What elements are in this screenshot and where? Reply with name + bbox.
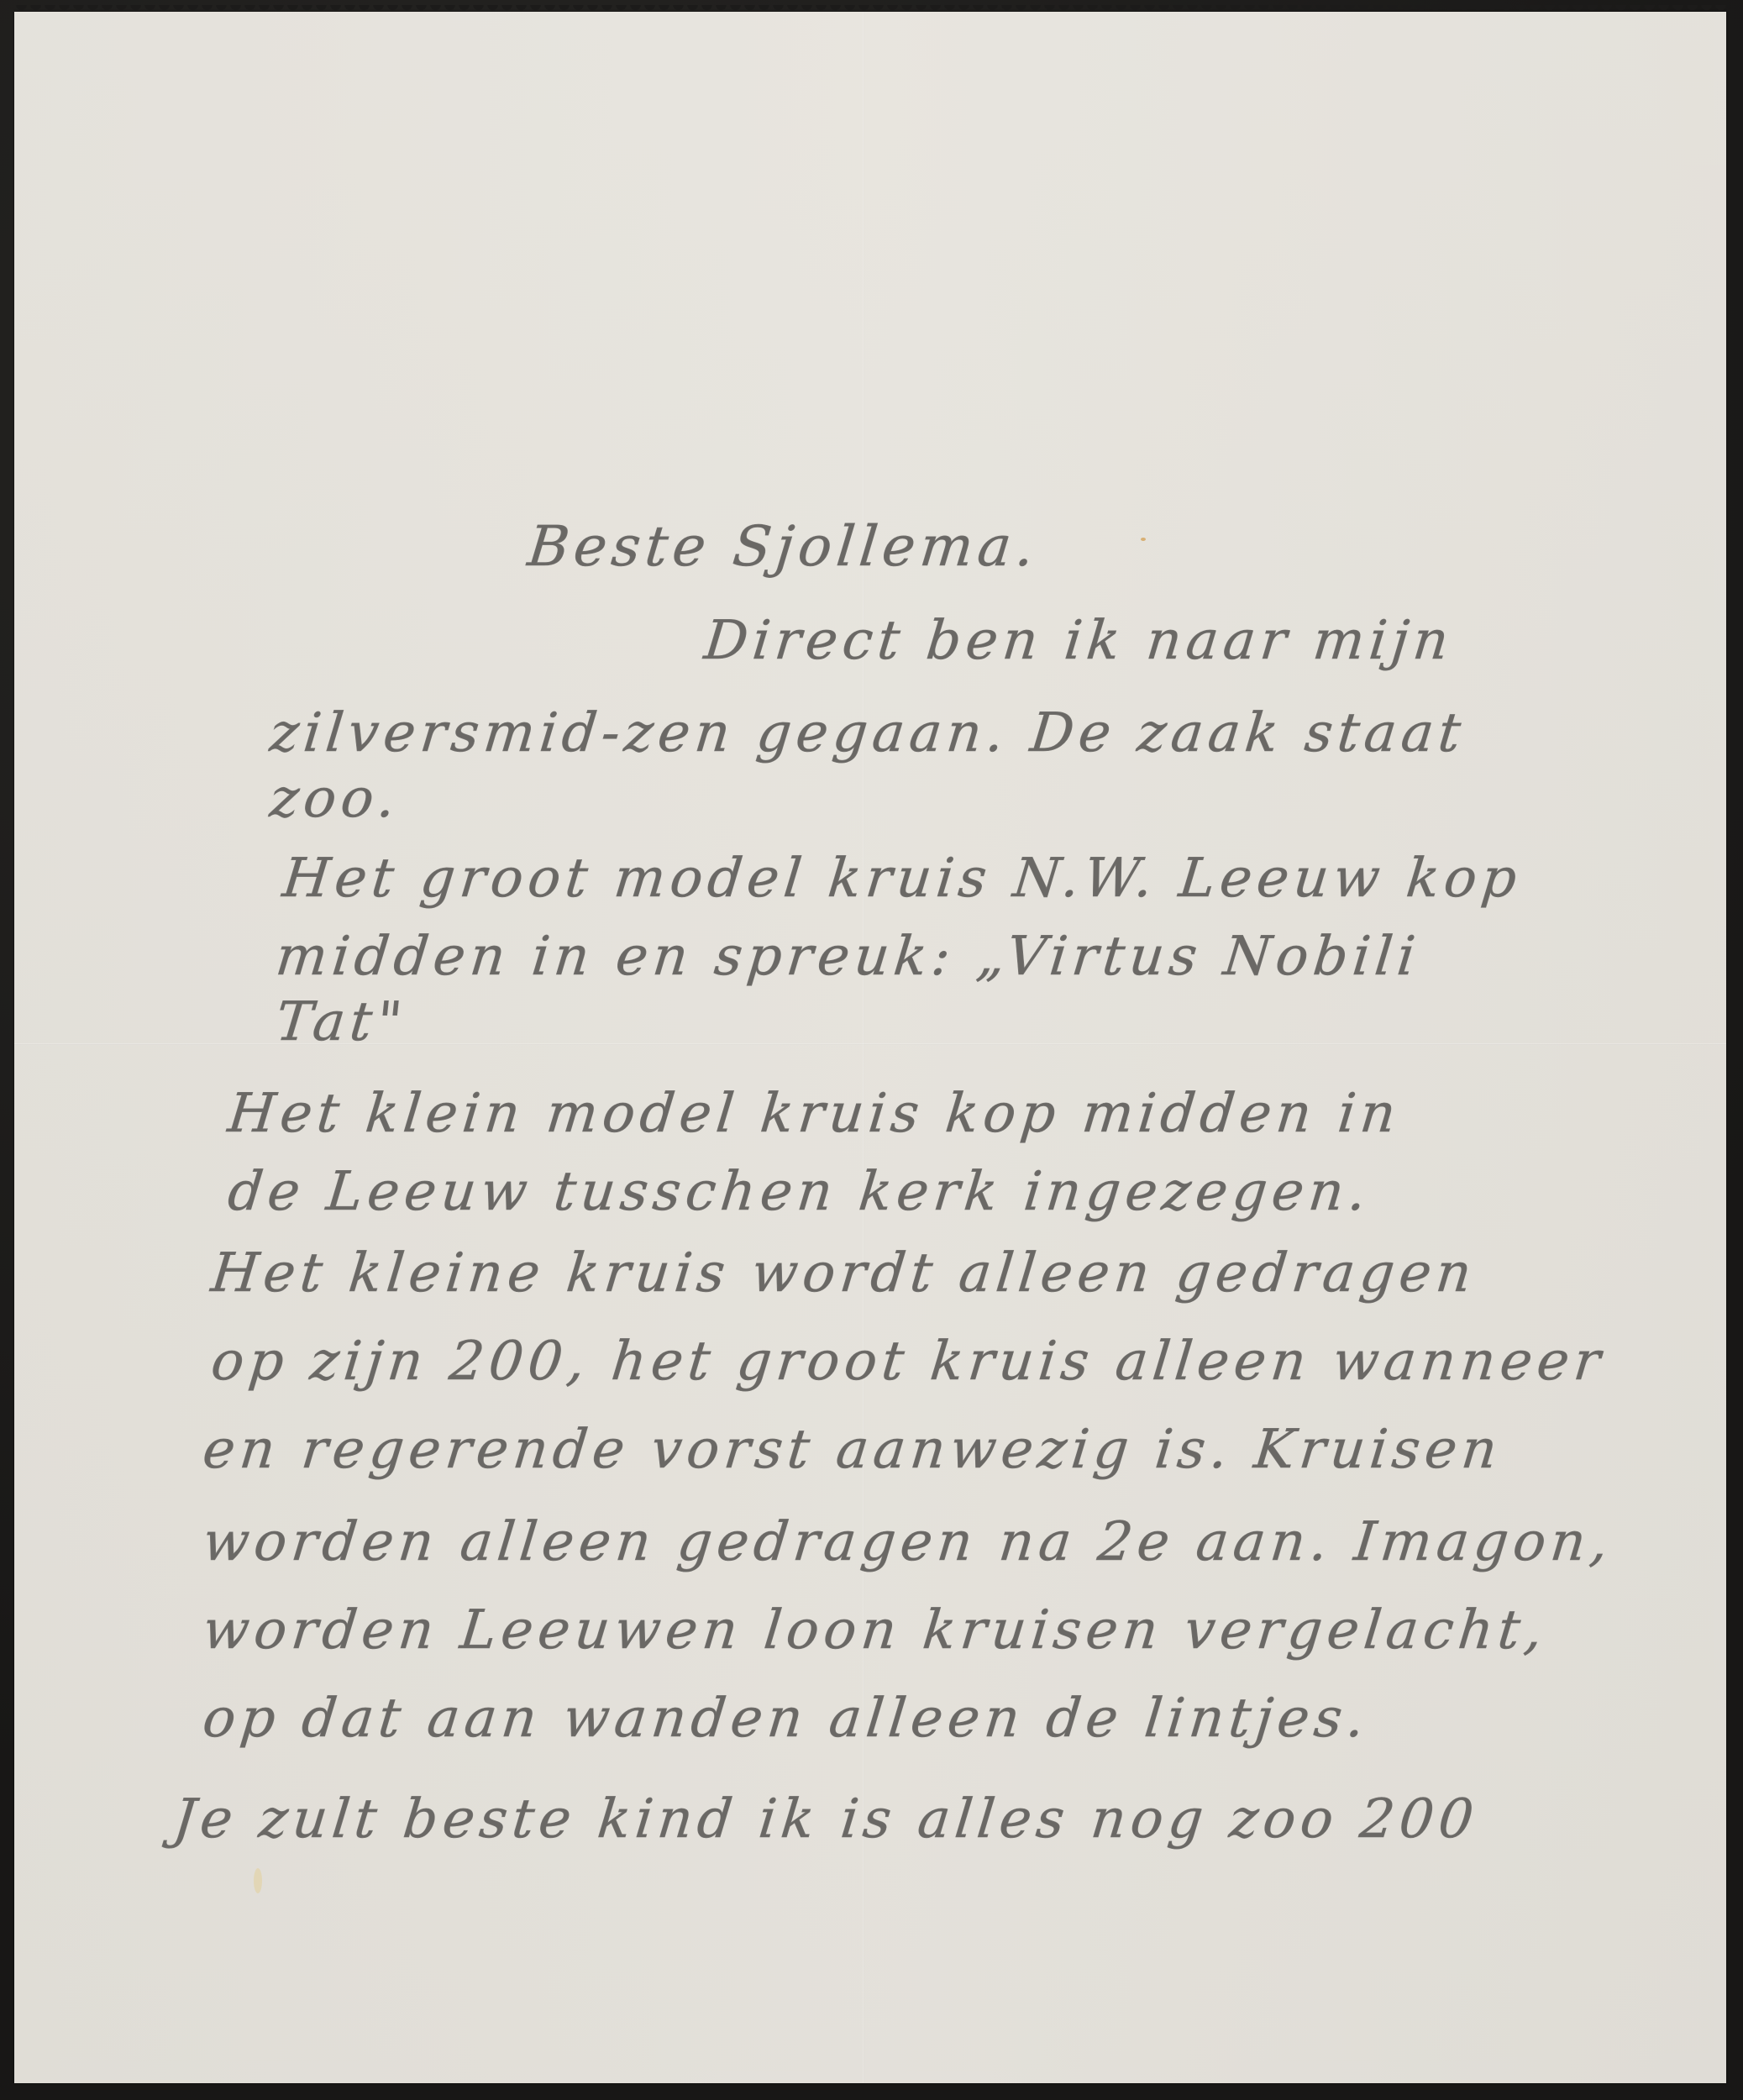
letter-line-4: Het groot model kruis N.W. Leeuw kop [280,848,1525,910]
vertical-fold [863,12,864,2083]
letter-line-10: op zijn 200, het groot kruis alleen wann… [208,1331,1608,1393]
perforated-edge [14,5,1726,18]
letter-line-1: Direct ben ik naar mijn [701,610,1457,672]
letter-line-12: worden alleen gedragen na 2e aan. Imagon… [200,1511,1616,1573]
letter-line-15: Je zult beste kind ik is alles nog zoo 2… [171,1788,1481,1851]
letter-line-2: zilversmid-zen gegaan. De zaak staat [267,702,1468,764]
horizontal-fold [14,1043,1726,1045]
letter-line-9: Het kleine kruis wordt alleen gedragen [208,1242,1479,1305]
paper-speck [1141,538,1146,541]
letter-line-5: midden in en spreuk: „Virtus Nobili [273,926,1423,988]
letter-line-3: zoo. [267,768,403,830]
letter-line-13: worden Leeuwen loon kruisen vergelacht, [200,1599,1550,1662]
letter-line-11: en regerende vorst aanwezig is. Kruisen [200,1419,1504,1481]
letter-paper: Beste Sjollema. Direct ben ik naar mijn … [14,12,1726,2083]
paper-stain [254,1868,262,1893]
letter-salutation: Beste Sjollema. [525,514,1042,579]
letter-line-7: Het klein model kruis kop midden in [225,1083,1404,1145]
letter-line-14: op dat aan wanden alleen de lintjes. [200,1688,1373,1750]
letter-line-8: de Leeuw tusschen kerk ingezegen. [225,1161,1374,1223]
letter-line-6: Tat" [273,991,410,1053]
